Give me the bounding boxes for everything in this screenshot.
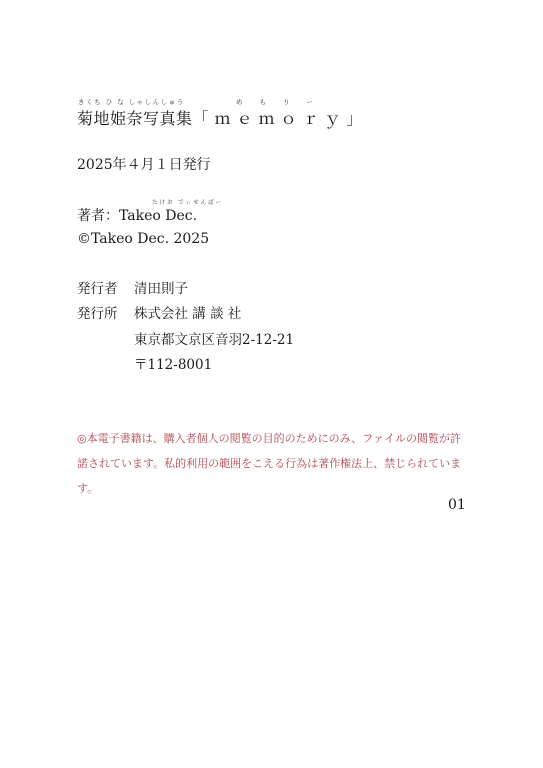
copyright-notice: ◎本電子書籍は、購入者個人の閲覧の目的のためにのみ、ファイルの閲覧が許諾されてい… bbox=[77, 426, 472, 501]
title-main: 菊地姫奈写真集 bbox=[77, 109, 193, 128]
publisher-name: 清田則子 bbox=[134, 277, 188, 297]
author-name: Takeo Dec. bbox=[119, 208, 197, 224]
publisher-label: 発行者 bbox=[77, 277, 118, 297]
colophon-page: きくち ひ な しゃしんしゅう めもりー 菊地姫奈写真集「ｍｅｍｏｒｙ」 202… bbox=[0, 0, 543, 768]
title-subtitle: 「ｍｅｍｏｒｙ」 bbox=[193, 109, 369, 128]
postal-code: 〒112-8001 bbox=[134, 353, 212, 373]
copyright-line: ©Takeo Dec. 2025 bbox=[77, 231, 209, 247]
page-number: 01 bbox=[448, 497, 466, 513]
publication-date: 2025年４月１日発行 bbox=[77, 154, 211, 174]
office-label: 発行所 bbox=[77, 302, 118, 322]
author-line: 著者：Takeo Dec. bbox=[77, 205, 197, 225]
office-name: 株式会社 講 談 社 bbox=[134, 302, 241, 322]
office-address: 東京都文京区音羽2-12-21 bbox=[134, 328, 294, 348]
title-furigana: きくち ひ な しゃしんしゅう bbox=[78, 97, 185, 106]
author-label: 著者： bbox=[77, 208, 119, 224]
subtitle-furigana: めもりー bbox=[236, 97, 330, 106]
book-title: 菊地姫奈写真集「ｍｅｍｏｒｙ」 bbox=[77, 106, 369, 129]
